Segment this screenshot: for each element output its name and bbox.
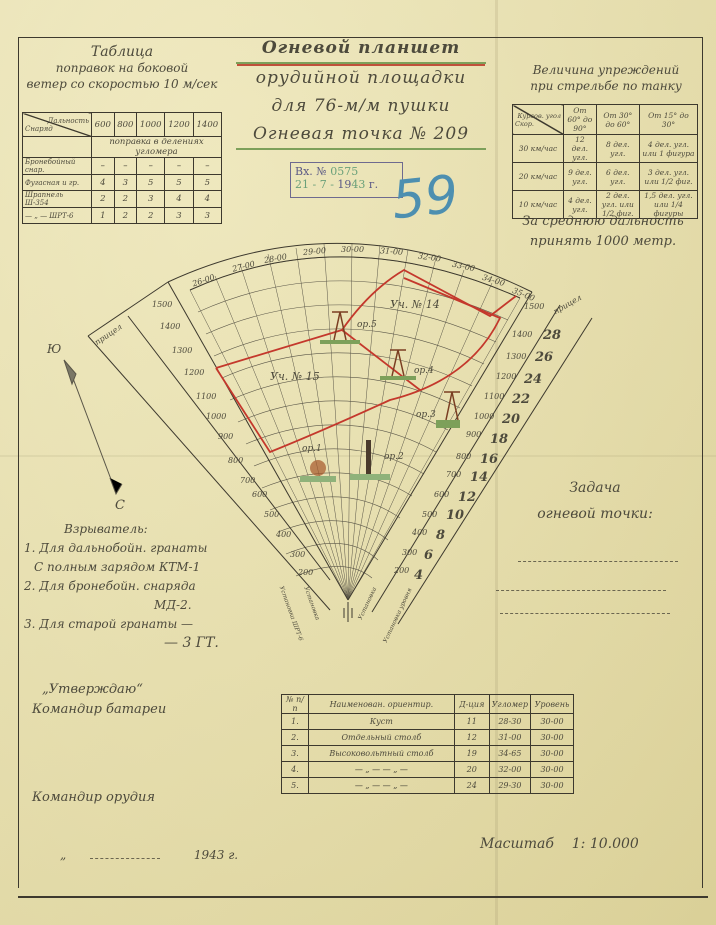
fuze-title: Взрыватель:: [24, 520, 274, 539]
cell: 11: [454, 714, 489, 730]
approval-block: „Утверждаю“ Командир батареи: [32, 680, 166, 720]
azimuth-label: 31-00: [380, 246, 404, 257]
sight-value: 4: [414, 568, 423, 583]
landmark-label: ор.5: [357, 320, 377, 330]
bush-icon: [300, 476, 336, 482]
cell: — „ — — „ —: [309, 762, 455, 778]
cell: 30-00: [531, 730, 574, 746]
sight-value: 16: [480, 452, 498, 467]
range-label: 1500: [524, 302, 544, 311]
cell: Куст: [309, 714, 455, 730]
azimuth-label: 30-00: [341, 245, 364, 254]
fuze-line: МД-2.: [24, 596, 274, 615]
gun-commander-label: Командир орудия: [32, 790, 155, 805]
range-label: 800: [228, 456, 243, 465]
sector-label: Уч. № 15: [270, 370, 320, 383]
map-scale: Масштаб 1: 10.000: [480, 836, 639, 852]
tower-icon: [444, 392, 460, 420]
table-row: 2.Отдельный столб1231-0030-00: [282, 730, 574, 746]
pole-icon: [350, 474, 390, 480]
landmark-label: ор.3: [416, 410, 436, 420]
cell: 34-65: [489, 746, 530, 762]
sight-value: 8: [436, 528, 445, 543]
range-label: 600: [252, 490, 267, 499]
fuze-line: 2. Для бронебойн. снаряда: [24, 577, 274, 596]
range-label: 700: [446, 470, 461, 479]
range-label: 1200: [496, 372, 516, 381]
cell: 2.: [282, 730, 309, 746]
sight-value: 22: [512, 392, 530, 407]
range-label: 900: [218, 432, 233, 441]
column-header: Д-ция: [454, 695, 489, 714]
approved-label: „Утверждаю“: [32, 680, 166, 700]
range-label: 1100: [484, 392, 504, 401]
range-label: 500: [264, 510, 279, 519]
column-header: Наименован. ориентир.: [309, 695, 455, 714]
sight-value: 20: [502, 412, 520, 427]
range-label: 600: [434, 490, 449, 499]
cell: 30-00: [531, 714, 574, 730]
range-label: 1000: [474, 412, 494, 421]
scale-value: 1: 10.000: [572, 836, 639, 852]
date-line: „ 1943 г.: [60, 848, 238, 862]
target-sectors: [216, 270, 516, 452]
range-label: 1300: [506, 352, 526, 361]
table-row: 5.— „ — — „ —2429-3030-00: [282, 778, 574, 794]
cell: 30-00: [531, 762, 574, 778]
cell: 31-00: [489, 730, 530, 746]
cell: 5.: [282, 778, 309, 794]
range-label: 1500: [152, 300, 172, 309]
sight-value: 14: [470, 470, 488, 485]
cell: 1.: [282, 714, 309, 730]
landmark-label: ор.1: [302, 444, 322, 454]
gun-position-marker: [344, 602, 352, 622]
sector-label: Уч. № 14: [390, 298, 440, 311]
date-quote: „: [60, 848, 66, 862]
range-label: 900: [466, 430, 481, 439]
tower-icon: [380, 376, 416, 380]
range-label: 300: [402, 548, 417, 557]
bush-icon: [310, 460, 326, 476]
cell: 28-30: [489, 714, 530, 730]
cell: Высоковольтный столб: [309, 746, 455, 762]
task-blank-line: [496, 590, 666, 591]
fuze-line: — 3 ГТ.: [24, 634, 274, 653]
landmark-label: ор.2: [384, 452, 404, 462]
battery-commander-label: Командир батареи: [32, 700, 166, 720]
range-label: 200: [298, 568, 313, 577]
column-header: № п/п: [282, 695, 309, 714]
cell: — „ — — „ —: [309, 778, 455, 794]
cell: 24: [454, 778, 489, 794]
range-label: 700: [240, 476, 255, 485]
range-label: 400: [412, 528, 427, 537]
sight-value: 10: [446, 508, 464, 523]
task-blank-line: [500, 613, 670, 614]
fuze-notes: Взрыватель: 1. Для дальнобойн. гранаты С…: [24, 520, 274, 653]
column-header: Уровень: [531, 695, 574, 714]
task-title: огневой точки:: [505, 501, 685, 527]
range-label: 1000: [206, 412, 226, 421]
range-label: 1100: [196, 392, 216, 401]
table-row: 4.— „ — — „ —2032-0030-00: [282, 762, 574, 778]
compass-north-label: С: [115, 498, 125, 513]
cell: 29-30: [489, 778, 530, 794]
fuze-line: С полным зарядом КТМ-1: [24, 558, 274, 577]
table-row: 3.Высоковольтный столб1934-6530-00: [282, 746, 574, 762]
landmarks-table: № п/п Наименован. ориентир. Д-ция Угломе…: [281, 694, 574, 794]
compass-south-label: Ю: [47, 342, 61, 356]
column-header: Угломер: [489, 695, 530, 714]
range-label: 1300: [172, 346, 192, 355]
range-label: 1200: [184, 368, 204, 377]
tower-icon: [436, 420, 460, 428]
tower-icon: [320, 340, 360, 344]
cell: 4.: [282, 762, 309, 778]
fuze-line: 1. Для дальнобойн. гранаты: [24, 539, 274, 558]
range-label: 300: [290, 550, 305, 559]
cell: 32-00: [489, 762, 530, 778]
range-label: 200: [394, 566, 409, 575]
date-year: 1943 г.: [194, 848, 238, 862]
range-label: 1400: [160, 322, 180, 331]
sight-value: 24: [524, 372, 542, 387]
fire-point-task: Задача огневой точки:: [505, 475, 685, 527]
compass-arrow: [64, 360, 122, 494]
range-label: 400: [276, 530, 291, 539]
sight-value: 18: [490, 432, 508, 447]
range-label: 1400: [512, 330, 532, 339]
sight-value: 26: [535, 350, 553, 365]
task-title: Задача: [505, 475, 685, 501]
cell: 30-00: [531, 778, 574, 794]
cell: 12: [454, 730, 489, 746]
range-label: 800: [456, 452, 471, 461]
cell: 20: [454, 762, 489, 778]
fuze-line: 3. Для старой гранаты —: [24, 615, 274, 634]
cell: Отдельный столб: [309, 730, 455, 746]
cell: 3.: [282, 746, 309, 762]
task-blank-line: [518, 561, 678, 562]
sight-value: 28: [543, 328, 561, 343]
pole-icon: [366, 440, 371, 474]
sight-value: 12: [458, 490, 476, 505]
scale-label: Масштаб: [480, 836, 554, 852]
table-row: 1.Куст1128-3030-00: [282, 714, 574, 730]
range-label: 500: [422, 510, 437, 519]
cell: 19: [454, 746, 489, 762]
landmark-label: ор.4: [414, 366, 434, 376]
sight-value: 6: [424, 548, 433, 563]
cell: 30-00: [531, 746, 574, 762]
